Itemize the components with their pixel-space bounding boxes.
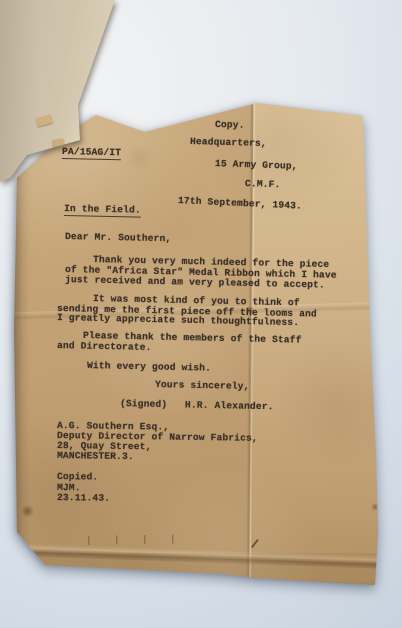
copied-date: 23.11.43. — [57, 493, 110, 504]
closing-line: Yours sincerely, — [155, 380, 250, 392]
photo-background: Copy. Headquarters, PA/15AG/IT 15 Army G… — [0, 0, 402, 628]
envelope-shading — [0, 0, 130, 200]
bottom-edge-shadow — [14, 581, 390, 595]
recipient-city: MANCHESTER.3. — [57, 451, 134, 462]
salutation: Dear Mr. Southern, — [65, 232, 172, 244]
good-wish-line: With every good wish. — [87, 361, 211, 374]
copied-note: Copied. — [57, 472, 98, 483]
army-group-line: 15 Army Group, — [215, 159, 298, 172]
cmf-line: C.M.F. — [245, 179, 281, 190]
body-line: and Directorate. — [57, 341, 152, 353]
tape-fragment — [51, 138, 64, 147]
envelope-corner — [0, 0, 130, 200]
envelope-shadow-wrap — [0, 0, 160, 220]
signature-line: (Signed) H.R. Alexander. — [120, 399, 274, 412]
letter-date: 17th September, 1943. — [178, 196, 302, 212]
headquarters-line: Headquarters, — [190, 137, 267, 149]
copy-label: Copy. — [215, 120, 245, 131]
